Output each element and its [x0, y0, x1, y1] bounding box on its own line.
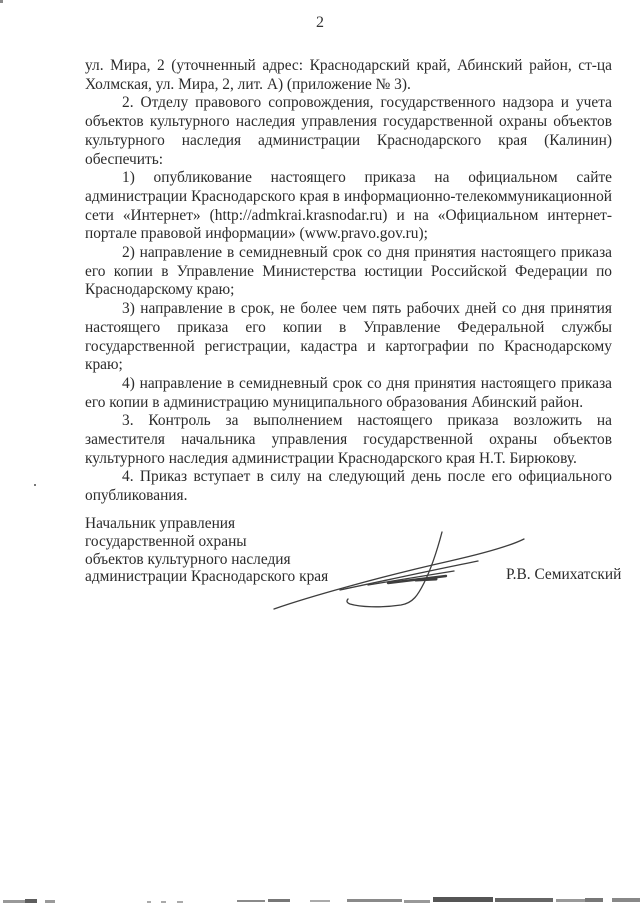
page-number: 2 [0, 14, 640, 32]
paragraph-item-3: 3. Контроль за выполнением настоящего пр… [85, 412, 612, 468]
paragraph-subitem-3: 3) направление в срок, не более чем пять… [85, 300, 612, 375]
handwritten-signature-icon [268, 523, 528, 618]
document-body: ул. Мира, 2 (уточненный адрес: Краснодар… [85, 57, 612, 506]
paragraph-subitem-2: 2) направление в семидневный срок со дня… [85, 244, 612, 300]
paragraph-subitem-4: 4) направление в семидневный срок со дня… [85, 375, 612, 412]
paragraph-item-4: 4. Приказ вступает в силу на следующий д… [85, 468, 612, 505]
paragraph-item-2: 2. Отделу правового сопровождения, госуд… [85, 94, 612, 169]
document-page: 2 ул. Мира, 2 (уточненный адрес: Краснод… [0, 0, 640, 905]
paragraph-subitem-1: 1) опубликование настоящего приказа на о… [85, 169, 612, 244]
scan-speck-left-margin [34, 484, 36, 486]
paragraph-address-continuation: ул. Мира, 2 (уточненный адрес: Краснодар… [85, 57, 612, 94]
scan-speck-top-left [0, 0, 3, 3]
